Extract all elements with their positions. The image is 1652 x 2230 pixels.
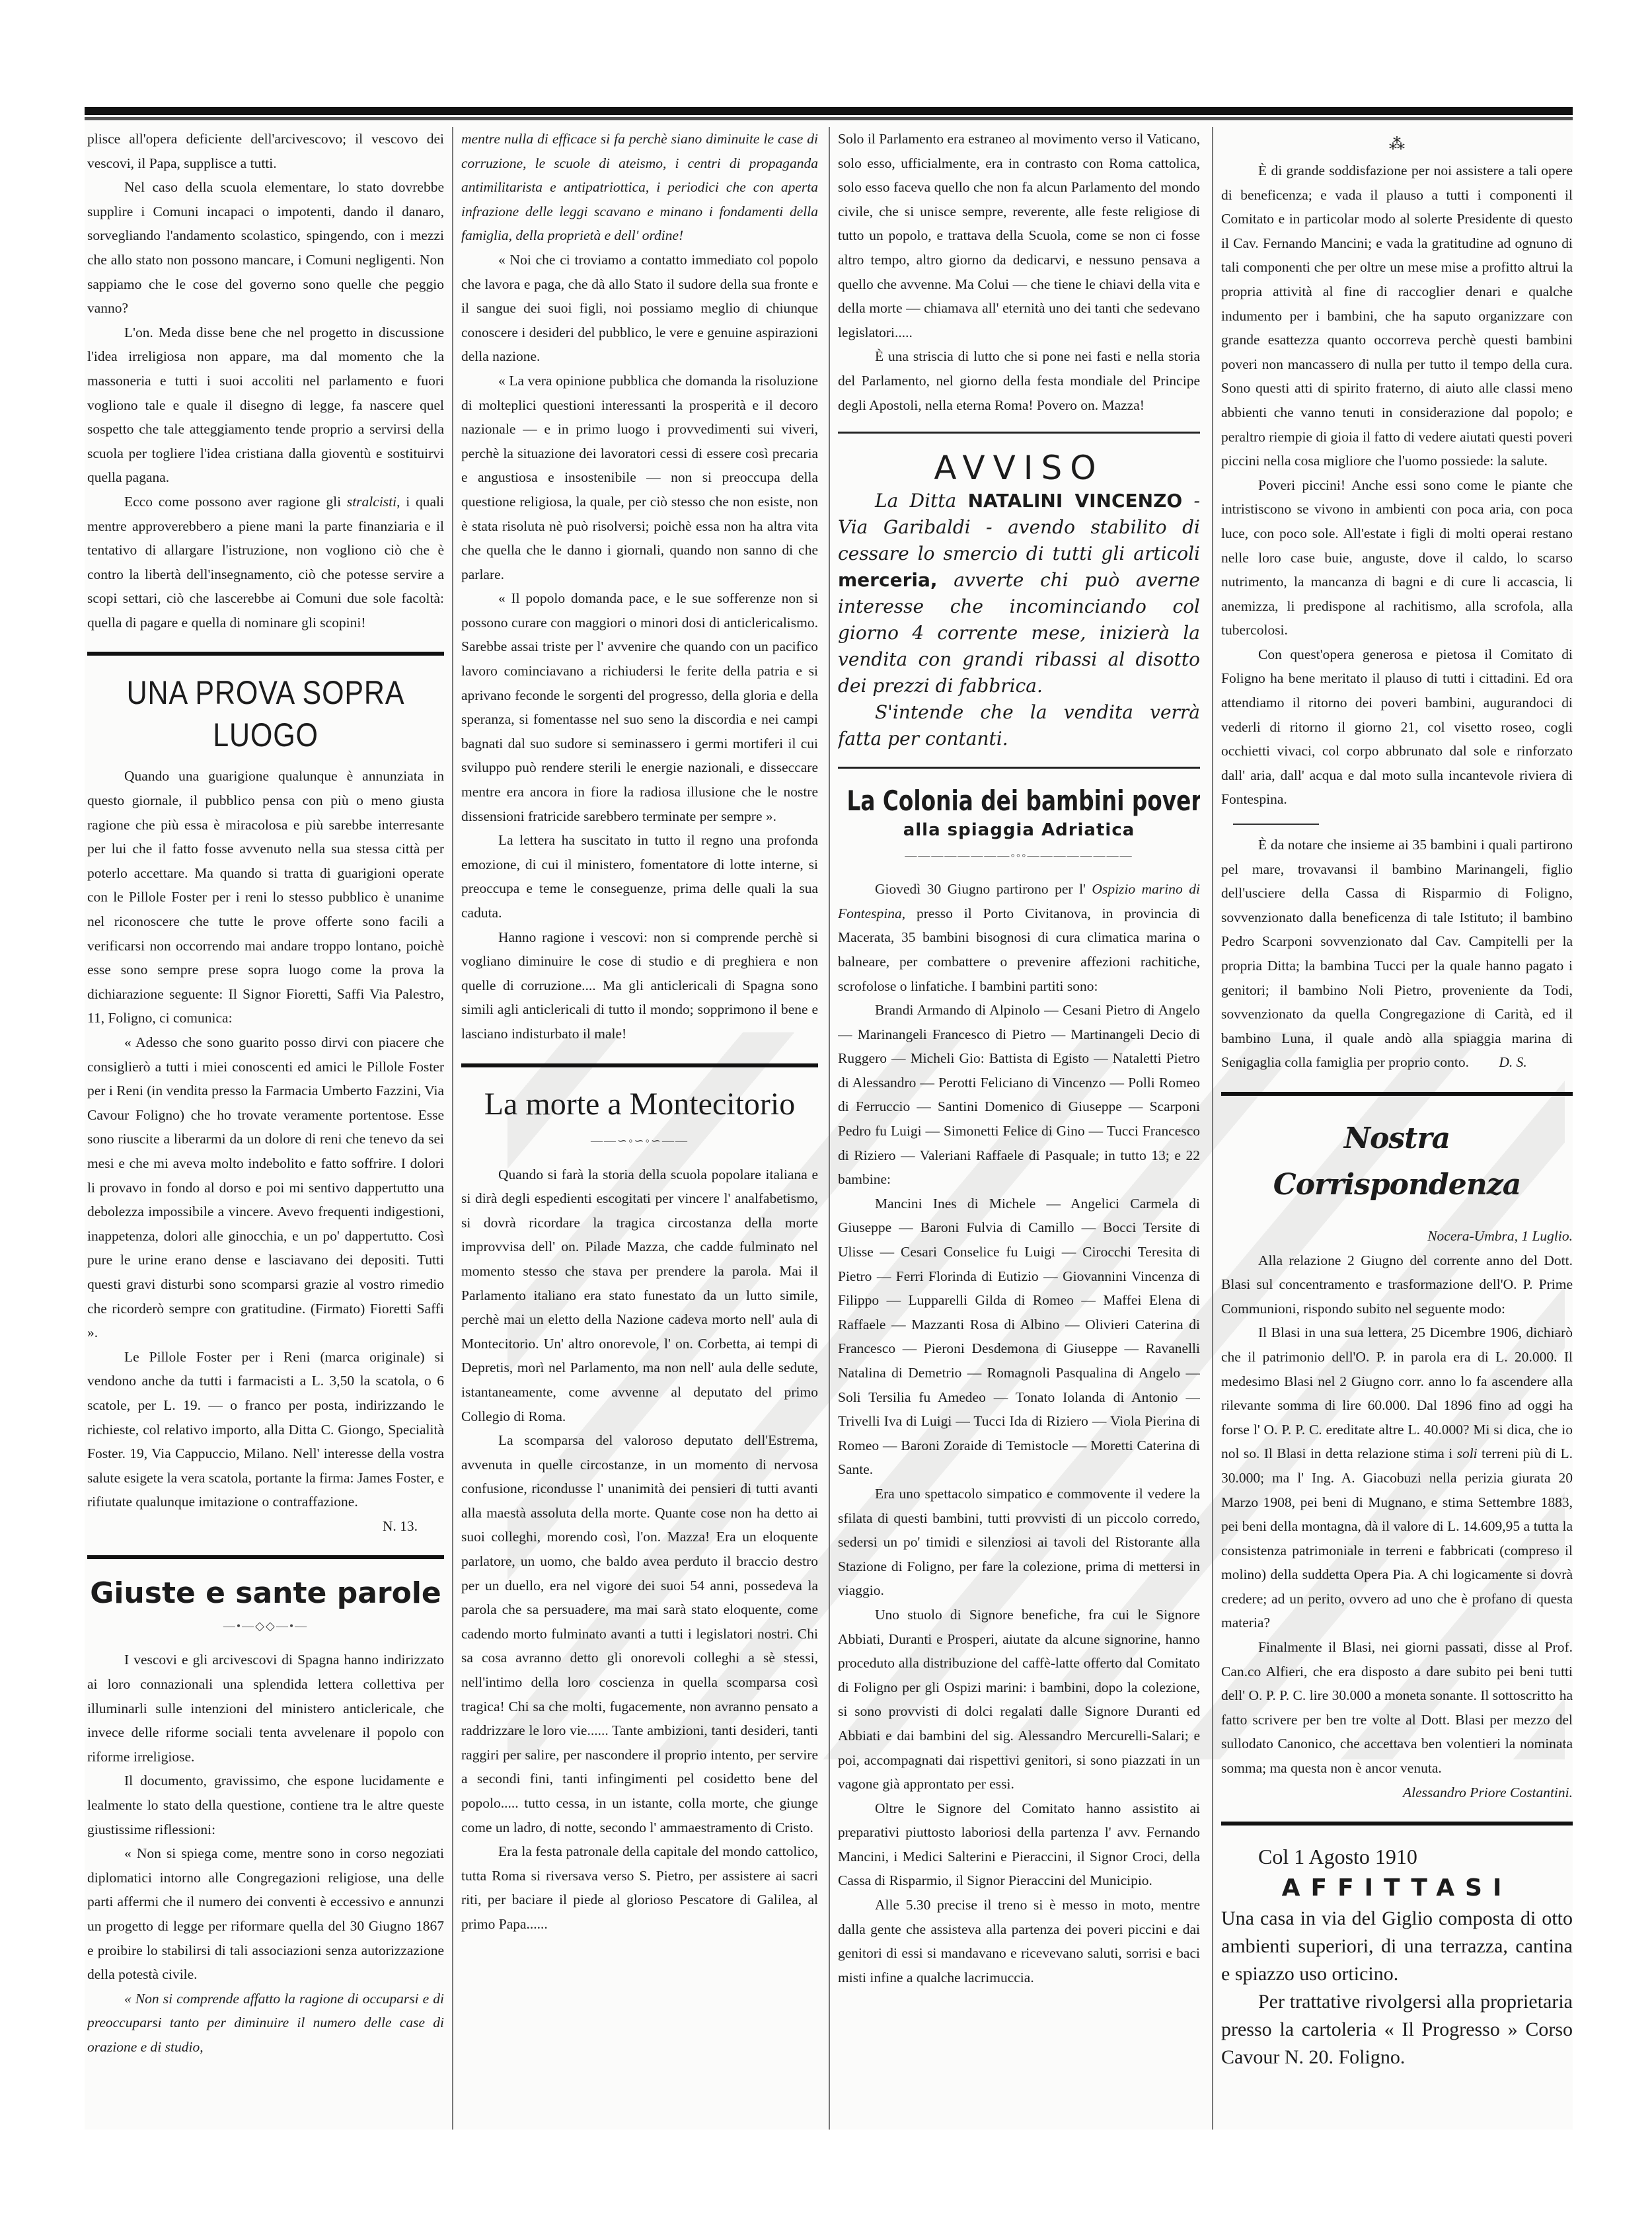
subheadline-colonia: alla spiaggia Adriatica: [838, 819, 1200, 841]
advert-avviso: AVVISO La Ditta NATALINI VINCENZO - Via …: [838, 448, 1200, 752]
paragraph: L'on. Meda disse bene che nel progetto i…: [87, 321, 444, 490]
headline-giuste: Giuste e sante parole: [87, 1575, 444, 1612]
column-3: Solo il Parlamento era estraneo al movim…: [838, 127, 1200, 2130]
paragraph: La scomparsa del valoroso deputato dell'…: [461, 1428, 818, 1839]
author-signature: Alessandro Priore Costantini.: [1221, 1781, 1573, 1805]
headline-colonia: La Colonia dei bambini poveri di Foligno: [846, 783, 1191, 819]
asterism-divider: ⁂: [1221, 135, 1573, 155]
ad-reference-number: N. 13.: [87, 1514, 444, 1539]
article-scuola-continuation: plisce all'opera deficiente dell'arcives…: [87, 127, 444, 634]
article-colonia: La Colonia dei bambini poveri di Foligno…: [838, 783, 1200, 1989]
paragraph: Per trattative rivolgersi alla proprieta…: [1221, 1988, 1573, 2071]
paragraph: La Ditta NATALINI VINCENZO - Via Garibal…: [838, 488, 1200, 699]
paragraph: « Non si comprende affatto la ragione di…: [87, 1987, 444, 2059]
paragraph: Alla relazione 2 Giugno del corrente ann…: [1221, 1249, 1573, 1321]
paragraph: « Noi che ci troviamo a contatto immedia…: [461, 248, 818, 369]
dateline: Nocera-Umbra, 1 Luglio.: [1221, 1224, 1573, 1249]
section-divider: [461, 1063, 818, 1067]
paragraph: Era la festa patronale della capitale de…: [461, 1839, 818, 1936]
headline-prova: UNA PROVA SOPRA LUOGO: [112, 672, 419, 756]
column-1: plisce all'opera deficiente dell'arcives…: [87, 127, 444, 2130]
paragraph: I vescovi e gli arcivescovi di Spagna ha…: [87, 1648, 444, 1769]
article-morte-continuation: Solo il Parlamento era estraneo al movim…: [838, 127, 1200, 417]
author-initials: D. S.: [1499, 1054, 1526, 1070]
paragraph: Uno stuolo di Signore benefiche, fra cui…: [838, 1603, 1200, 1796]
paragraph: È di grande soddisfazione per noi assist…: [1221, 159, 1573, 473]
paragraph: Con quest'opera generosa e pietosa il Co…: [1221, 642, 1573, 812]
section-divider: [838, 767, 1200, 769]
paragraph: Mancini Ines di Michele — Angelici Carme…: [838, 1192, 1200, 1482]
ornament-divider: —•—◇◇—•—: [87, 1616, 444, 1636]
headline-avviso: AVVISO: [838, 448, 1200, 488]
paragraph: Poveri piccini! Anche essi sono come le …: [1221, 473, 1573, 642]
paragraph: Alle 5.30 precise il treno si è messo in…: [838, 1893, 1200, 1989]
paragraph: Nel caso della scuola elementare, lo sta…: [87, 175, 444, 321]
newspaper-page: plisce all'opera deficiente dell'arcives…: [85, 107, 1573, 2130]
paragraph: Era uno spettacolo simpatico e commovent…: [838, 1482, 1200, 1603]
paragraph: È da notare che insieme ai 35 bambini i …: [1221, 833, 1573, 1075]
paragraph: « Il popolo domanda pace, e le sue soffe…: [461, 586, 818, 828]
column-divider: [829, 127, 830, 2130]
paragraph: La lettera ha suscitato in tutto il regn…: [461, 828, 818, 925]
section-divider: [1221, 1822, 1573, 1826]
paragraph: Hanno ragione i vescovi: non si comprend…: [461, 925, 818, 1046]
paragraph: « La vera opinione pubblica che domanda …: [461, 369, 818, 586]
paragraph: Il documento, gravissimo, che espone luc…: [87, 1769, 444, 1841]
paragraph: S'intende che la vendita verrà fatta per…: [838, 699, 1200, 752]
paragraph: Le Pillole Foster per i Reni (marca orig…: [87, 1345, 444, 1514]
ornament-divider: ————————◦◦◦————————: [838, 845, 1200, 865]
paragraph: Il Blasi in una sua lettera, 25 Dicembre…: [1221, 1321, 1573, 1635]
paragraph: Giovedì 30 Giugno partirono per l' Ospiz…: [838, 877, 1200, 998]
paragraph: Quando si farà la storia della scuola po…: [461, 1163, 818, 1429]
paragraph: Solo il Parlamento era estraneo al movim…: [838, 127, 1200, 344]
section-divider: [87, 652, 444, 656]
headline-morte: La morte a Montecitorio: [461, 1083, 818, 1126]
column-divider: [452, 127, 453, 2130]
ornament-divider: ——∽◦∽◦∽——: [461, 1131, 818, 1151]
paragraph: Ecco come possono aver ragione gli stral…: [87, 490, 444, 635]
article-giuste-sante-parole: Giuste e sante parole —•—◇◇—•— I vescovi…: [87, 1575, 444, 2059]
paragraph: mentre nulla di efficace si fa perchè si…: [461, 127, 818, 248]
affittasi-date: Col 1 Agosto 1910: [1221, 1841, 1573, 1872]
top-rule: [85, 107, 1573, 117]
column-divider: [1212, 127, 1213, 2130]
paragraph: Oltre le Signore del Comitato hanno assi…: [838, 1796, 1200, 1893]
advert-affittasi: Col 1 Agosto 1910 AFFITTASI Una casa in …: [1221, 1841, 1573, 2071]
article-corrispondenza: Nostra Corrispondenza Nocera-Umbra, 1 Lu…: [1221, 1116, 1573, 1804]
paragraph: Una casa in via del Giglio composta di o…: [1221, 1905, 1573, 1988]
paragraph: plisce all'opera deficiente dell'arcives…: [87, 127, 444, 175]
paragraph: È una striscia di lutto che si pone nei …: [838, 344, 1200, 417]
article-giuste-continuation: mentre nulla di efficace si fa perchè si…: [461, 127, 818, 1046]
short-divider: [1233, 824, 1319, 825]
headline-affittasi: AFFITTASI: [1221, 1872, 1573, 1905]
paragraph: « Adesso che sono guarito posso dirvi co…: [87, 1030, 444, 1345]
column-2: mentre nulla di efficace si fa perchè si…: [461, 127, 818, 2130]
article-morte-montecitorio: La morte a Montecitorio ——∽◦∽◦∽—— Quando…: [461, 1083, 818, 1937]
paragraph: Finalmente il Blasi, nei giorni passati,…: [1221, 1635, 1573, 1781]
article-colonia-continuation: ⁂ È di grande soddisfazione per noi assi…: [1221, 135, 1573, 1075]
section-divider: [87, 1555, 444, 1559]
headline-corrispondenza: Nostra Corrispondenza: [1221, 1116, 1573, 1208]
paragraph: Quando una guarigione qualunque è annunz…: [87, 764, 444, 1030]
column-4: ⁂ È di grande soddisfazione per noi assi…: [1221, 127, 1573, 2130]
article-prova-sopra-luogo: UNA PROVA SOPRA LUOGO Quando una guarigi…: [87, 672, 444, 1538]
section-divider: [838, 432, 1200, 434]
paragraph: « Non si spiega come, mentre sono in cor…: [87, 1841, 444, 1987]
section-divider: [1221, 1092, 1573, 1096]
avviso-body: La Ditta NATALINI VINCENZO - Via Garibal…: [838, 488, 1200, 752]
paragraph: Brandi Armando di Alpinolo — Cesani Piet…: [838, 998, 1200, 1192]
